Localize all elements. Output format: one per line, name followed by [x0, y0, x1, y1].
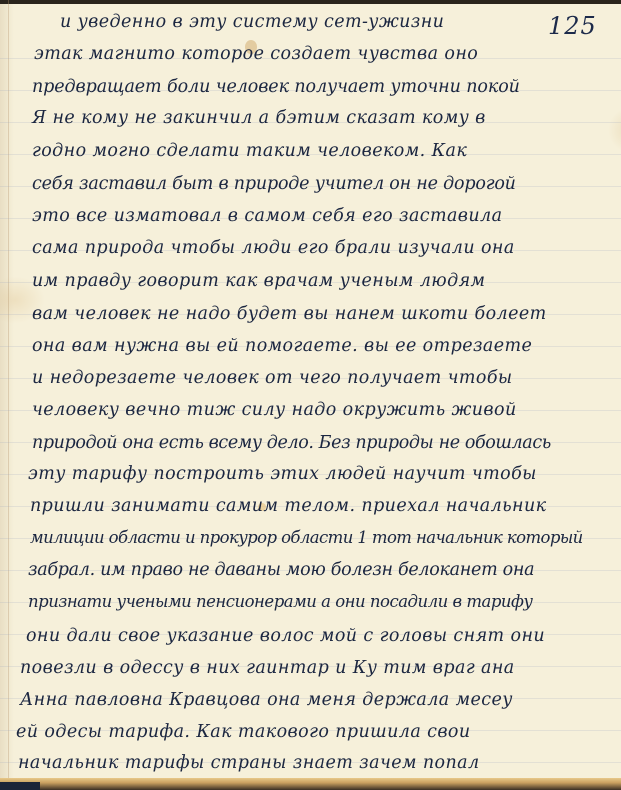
- text-line: вам человек не надо будет вы нанем шкоти…: [32, 304, 547, 324]
- text-line: сама природа чтобы люди его брали изучал…: [32, 238, 515, 258]
- text-line: забрал. им право не даваны мою болезн бе…: [28, 560, 534, 580]
- text-line: Я не кому не закинчил а бэтим сказат ком…: [32, 108, 486, 128]
- notebook-page: 125 и уведенно в эту систему сет-ужизни …: [0, 0, 621, 778]
- text-line: и недорезаете человек от чего получает ч…: [32, 368, 513, 388]
- text-line: и уведенно в эту систему сет-ужизни: [60, 12, 444, 32]
- text-line: она вам нужна вы ей помогаете. вы ее отр…: [32, 336, 532, 356]
- text-line: годно могно сделати таким человеком. Как: [32, 141, 467, 161]
- text-line: признати учеными пенсионерами а они поса…: [28, 592, 533, 611]
- page-number: 125: [548, 12, 597, 40]
- text-line: себя заставил быт в природе учител он не…: [32, 174, 516, 194]
- text-line: эту тарифу построить этих людей научит ч…: [28, 464, 537, 484]
- text-line: пришли занимати самим телом. приехал нач…: [30, 496, 547, 516]
- text-line: начальник тарифы страны знает зачем попа…: [18, 753, 480, 773]
- text-line: это все изматовал в самом себя его заста…: [32, 206, 502, 226]
- text-line: им правду говорит как врачам ученым людя…: [32, 271, 485, 291]
- binding-margin-line: [8, 0, 9, 778]
- text-line: ей одесы тарифа. Как такового пришила св…: [16, 722, 471, 742]
- text-line: человеку вечно тиж силу надо окружить жи…: [32, 400, 517, 420]
- text-line: этак магнито которое создает чувства оно: [34, 44, 478, 64]
- page-bottom-edge: [0, 778, 621, 790]
- text-line: они дали свое указание волос мой с голов…: [26, 626, 545, 646]
- text-line: природой она есть всему дело. Без природ…: [32, 433, 551, 453]
- text-line: предвращает боли человек получает уточни…: [32, 77, 520, 97]
- text-line: повезли в одессу в них гаинтар и Ку тим …: [20, 658, 515, 678]
- text-line: Анна павловна Кравцова она меня держала …: [20, 690, 513, 710]
- page-top-edge: [0, 0, 621, 4]
- cover-corner: [0, 782, 40, 790]
- text-line: милиции области и прокурор области 1 тот…: [30, 528, 583, 547]
